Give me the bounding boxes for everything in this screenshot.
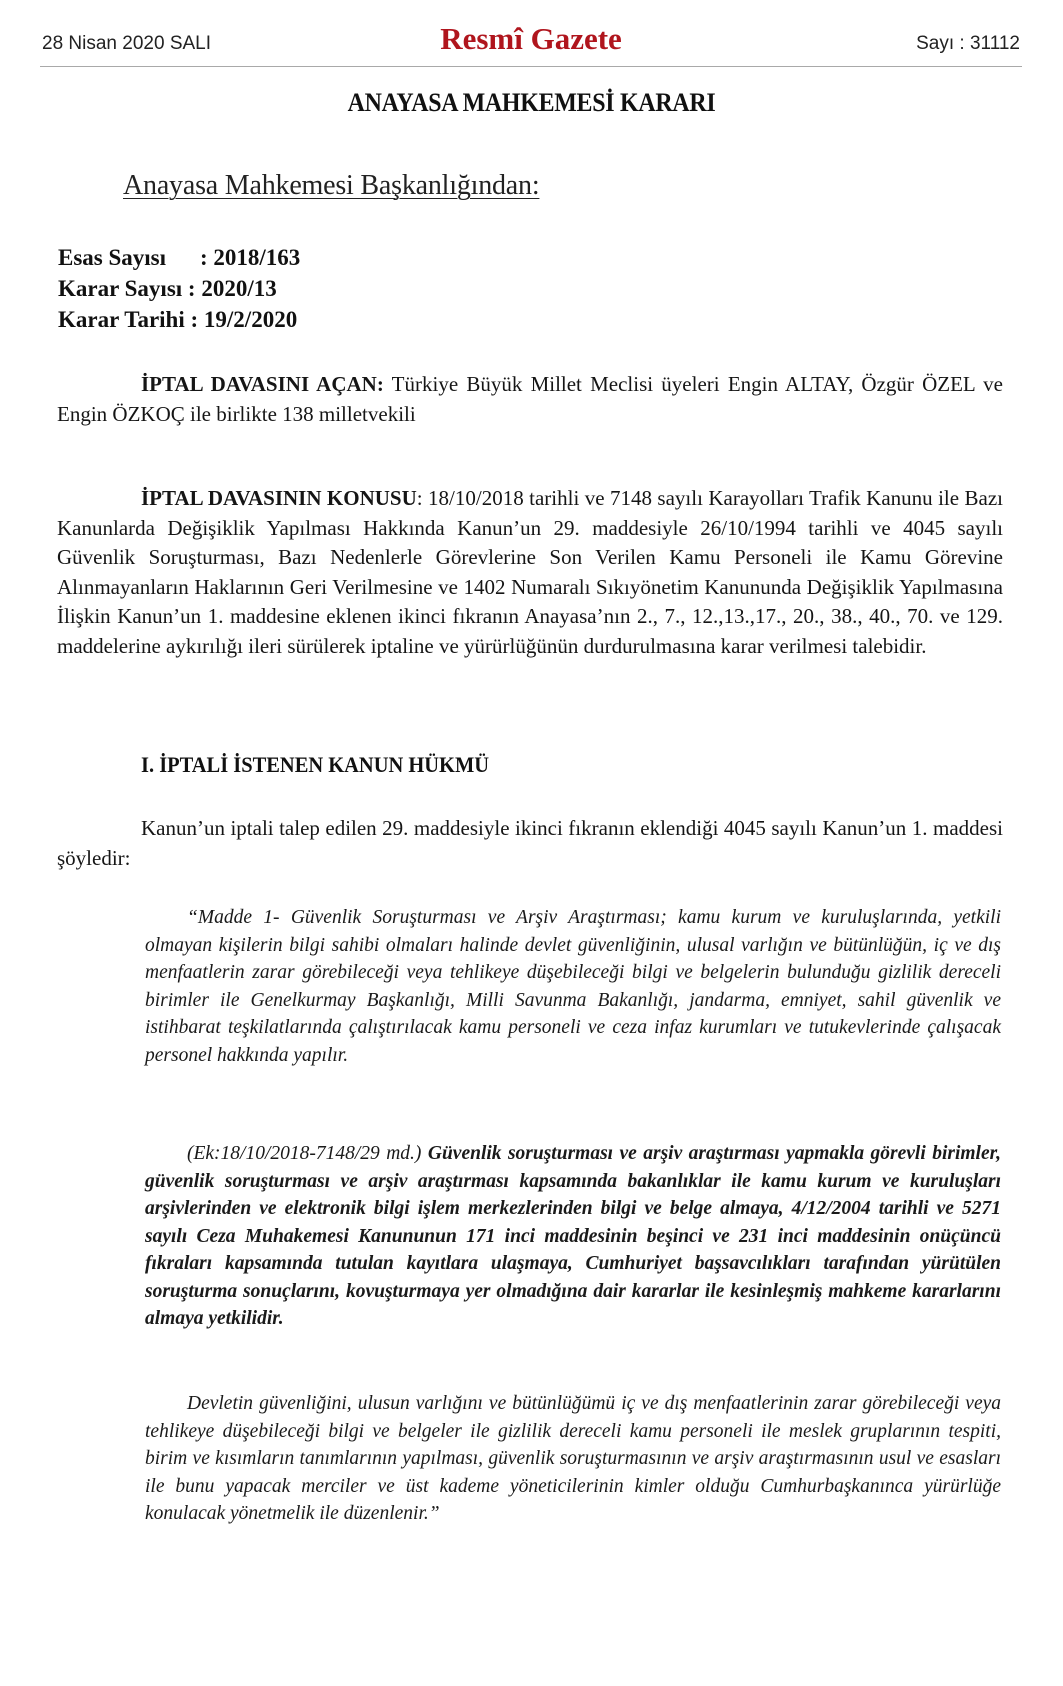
meta-value: : 19/2/2020 bbox=[191, 304, 298, 335]
meta-label: Esas Sayısı bbox=[58, 242, 200, 273]
meta-row-karar-sayisi: Karar Sayısı : 2020/13 bbox=[58, 273, 300, 304]
amended-text: Güvenlik soruşturması ve arşiv araştırma… bbox=[145, 1143, 1001, 1329]
quoted-article-paragraph-2: (Ek:18/10/2018-7148/29 md.) Güvenlik sor… bbox=[145, 1140, 1001, 1333]
quoted-article-paragraph-1: “Madde 1- Güvenlik Soruşturması ve Arşiv… bbox=[145, 904, 1001, 1069]
case-metadata: Esas Sayısı : 2018/163 Karar Sayısı : 20… bbox=[58, 242, 300, 335]
amendment-reference: (Ek:18/10/2018-7148/29 md.) bbox=[187, 1143, 428, 1164]
meta-label: Karar Tarihi bbox=[58, 304, 185, 335]
gazette-header: 28 Nisan 2020 SALI Resmî Gazete Sayı : 3… bbox=[40, 18, 1022, 67]
quoted-article-paragraph-3: Devletin güvenliğini, ulusun varlığını v… bbox=[145, 1390, 1001, 1528]
issue-number: Sayı : 31112 bbox=[916, 33, 1020, 55]
document-subtitle: Anayasa Mahkemesi Başkanlığından: bbox=[123, 170, 539, 202]
meta-row-esas: Esas Sayısı : 2018/163 bbox=[58, 242, 300, 273]
subject-text: : 18/10/2018 tarihli ve 7148 sayılı Kara… bbox=[57, 486, 1003, 658]
meta-label: Karar Sayısı bbox=[58, 273, 182, 304]
section-heading: I. İPTALİ İSTENEN KANUN HÜKMÜ bbox=[141, 752, 489, 778]
subject-label: İPTAL DAVASININ KONUSU bbox=[141, 486, 417, 510]
publication-title: Resmî Gazete bbox=[40, 21, 1022, 57]
document-title: ANAYASA MAHKEMESİ KARARI bbox=[43, 88, 1021, 118]
subject-paragraph: İPTAL DAVASININ KONUSU: 18/10/2018 tarih… bbox=[57, 484, 1003, 661]
applicant-paragraph: İPTAL DAVASINI AÇAN: Türkiye Büyük Mille… bbox=[57, 370, 1003, 429]
intro-paragraph: Kanun’un iptali talep edilen 29. maddesi… bbox=[57, 814, 1003, 873]
meta-row-karar-tarihi: Karar Tarihi : 19/2/2020 bbox=[58, 304, 300, 335]
meta-value: : 2018/163 bbox=[200, 242, 300, 273]
meta-value: : 2020/13 bbox=[188, 273, 277, 304]
applicant-label: İPTAL DAVASINI AÇAN: bbox=[141, 372, 384, 396]
